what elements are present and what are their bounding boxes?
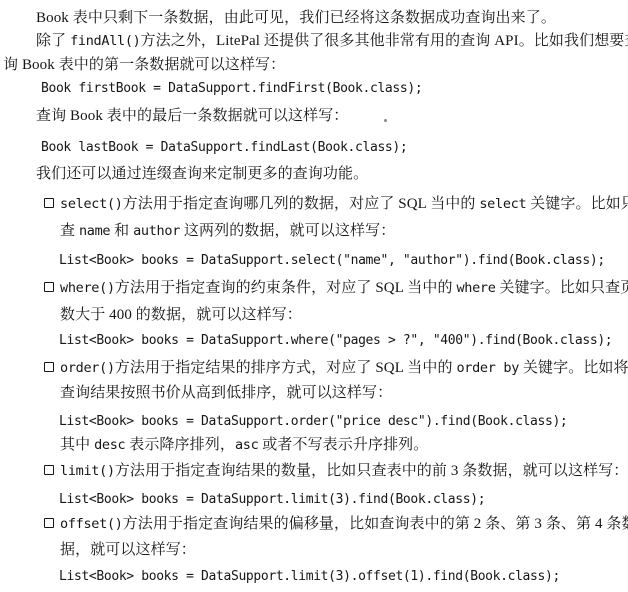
text-run: 据，就可以这样写： <box>60 542 196 558</box>
text-run: 方法之外，LitePal 还提供了很多其他非常有用的查询 API。比如我们想要查 <box>141 33 628 49</box>
code-run: findAll() <box>70 33 140 49</box>
code-run: name <box>79 223 110 239</box>
code-line: Book firstBook = DataSupport.findFirst(B… <box>0 78 628 98</box>
text-run: 询 Book 表中的第一条数据就可以这样写： <box>3 57 285 73</box>
bullet-code-line: List<Book> books = DataSupport.where("pa… <box>0 330 628 350</box>
code-line: Book lastBook = DataSupport.findLast(Boo… <box>0 137 628 157</box>
paragraph-line: 查询 Book 表中的最后一条数据就可以这样写： <box>0 106 628 126</box>
text-run: 方法用于指定结果的排序方式，对应了 SQL 当中的 <box>115 360 457 376</box>
text-run: 或者不写表示升序排列。 <box>258 437 428 453</box>
bullet-continuation-line: 查询结果按照书价从高到低排序，就可以这样写： <box>0 383 628 403</box>
text-run: 查 <box>60 223 79 239</box>
code-run: order() <box>60 360 115 376</box>
code-run: List<Book> books = DataSupport.select("n… <box>59 253 605 268</box>
code-run: List<Book> books = DataSupport.where("pa… <box>59 333 612 348</box>
text-run: 和 <box>110 223 133 239</box>
text-run: 关键字。比如只查页 <box>496 280 628 296</box>
bullet-code-line: List<Book> books = DataSupport.limit(3).… <box>0 489 628 509</box>
square-bullet-icon <box>44 282 54 292</box>
code-run: Book firstBook = DataSupport.findFirst(B… <box>41 81 422 96</box>
code-run: order by <box>456 360 519 376</box>
square-bullet-icon <box>44 362 54 372</box>
square-bullet-icon <box>44 518 54 528</box>
text-run: 除了 <box>36 33 70 49</box>
bullet-continuation-line: 据，就可以这样写： <box>0 540 628 560</box>
code-run: limit() <box>60 463 115 479</box>
paragraph-line: Book 表中只剩下一条数据，由此可见，我们已经将这条数据成功查询出来了。 <box>0 8 628 28</box>
code-run: where() <box>60 280 115 296</box>
bullet-item-line: order()方法用于指定结果的排序方式，对应了 SQL 当中的 order b… <box>0 358 628 378</box>
text-run: 数大于 400 的数据，就可以这样写： <box>60 307 302 323</box>
book-page: Book 表中只剩下一条数据，由此可见，我们已经将这条数据成功查询出来了。除了 … <box>0 0 628 592</box>
square-bullet-icon <box>44 198 54 208</box>
text-run: 其中 <box>60 437 94 453</box>
bullet-code-line: List<Book> books = DataSupport.limit(3).… <box>0 566 628 586</box>
code-run: List<Book> books = DataSupport.limit(3).… <box>59 492 485 507</box>
code-run: asc <box>235 437 258 453</box>
paragraph-line: 我们还可以通过连缀查询来定制更多的查询功能。 <box>0 164 628 184</box>
code-run: desc <box>94 437 125 453</box>
code-run: author <box>133 223 180 239</box>
code-run: select() <box>60 196 123 212</box>
text-run: 表示降序排列， <box>125 437 235 453</box>
bullet-code-line: List<Book> books = DataSupport.order("pr… <box>0 411 628 431</box>
text-run: 方法用于指定查询哪几列的数据，对应了 SQL 当中的 <box>123 196 480 212</box>
bullet-item-line: offset()方法用于指定查询结果的偏移量，比如查询表中的第 2 条、第 3 … <box>0 514 628 534</box>
text-run: 查询 Book 表中的最后一条数据就可以这样写： <box>36 108 348 124</box>
square-bullet-icon <box>44 465 54 475</box>
bullet-continuation-line: 查 name 和 author 这两列的数据，就可以这样写： <box>0 221 628 241</box>
bullet-continuation-line: 数大于 400 的数据，就可以这样写： <box>0 305 628 325</box>
text-run: 我们还可以通过连缀查询来定制更多的查询功能。 <box>36 166 368 182</box>
bullet-item-line: select()方法用于指定查询哪几列的数据，对应了 SQL 当中的 selec… <box>0 194 628 214</box>
text-run: 关键字。比如将 <box>519 360 628 376</box>
text-run: 这两列的数据，就可以这样写： <box>180 223 395 239</box>
text-run: 方法用于指定查询结果的偏移量，比如查询表中的第 2 条、第 3 条、第 4 条数 <box>123 516 628 532</box>
text-run: 关键字。比如只 <box>526 196 628 212</box>
code-run: List<Book> books = DataSupport.order("pr… <box>59 414 567 429</box>
text-run: Book 表中只剩下一条数据，由此可见，我们已经将这条数据成功查询出来了。 <box>36 10 556 26</box>
text-run: 方法用于指定查询的约束条件，对应了 SQL 当中的 <box>115 280 457 296</box>
code-run: Book lastBook = DataSupport.findLast(Boo… <box>41 140 407 155</box>
scan-artifact-dot <box>384 119 387 122</box>
text-run: 查询结果按照书价从高到低排序，就可以这样写： <box>60 385 392 401</box>
bullet-item-line: limit()方法用于指定查询结果的数量，比如只查表中的前 3 条数据，就可以这… <box>0 461 628 481</box>
bullet-continuation-line: 其中 desc 表示降序排列，asc 或者不写表示升序排列。 <box>0 435 628 455</box>
paragraph-line: 除了 findAll()方法之外，LitePal 还提供了很多其他非常有用的查询… <box>0 31 628 51</box>
paragraph-continuation-line: 询 Book 表中的第一条数据就可以这样写： <box>0 55 628 75</box>
code-run: where <box>456 280 495 296</box>
code-run: select <box>479 196 526 212</box>
bullet-item-line: where()方法用于指定查询的约束条件，对应了 SQL 当中的 where 关… <box>0 278 628 298</box>
code-run: List<Book> books = DataSupport.limit(3).… <box>59 569 560 584</box>
text-run: 方法用于指定查询结果的数量，比如只查表中的前 3 条数据，就可以这样写： <box>115 463 628 479</box>
bullet-code-line: List<Book> books = DataSupport.select("n… <box>0 250 628 270</box>
code-run: offset() <box>60 516 123 532</box>
